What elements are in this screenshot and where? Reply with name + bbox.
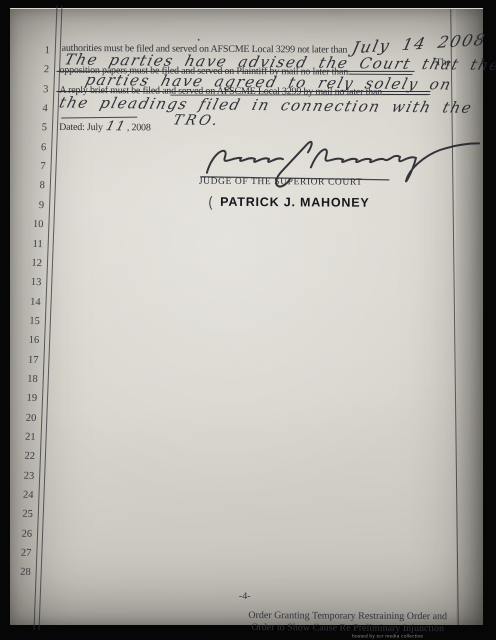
scan-speck: [198, 39, 200, 41]
stamp-artifact-mark: (: [209, 195, 214, 211]
judge-name-stamp: (PATRICK J. MAHONEY: [209, 195, 370, 210]
judge-title: JUDGE OF THE SUPERIOR COURT: [199, 177, 363, 188]
page-number: -4-: [8, 590, 481, 604]
handwritten-day: 11: [104, 119, 128, 134]
photo-frame: 1234567891011121314151617181920212223242…: [0, 0, 496, 640]
document-page: 1234567891011121314151617181920212223242…: [10, 8, 483, 625]
footer-title-line-1: Order Granting Temporary Restraining Ord…: [230, 610, 465, 623]
dated-prefix: Dated: July: [59, 122, 103, 133]
stamp-name: PATRICK J. MAHONEY: [220, 195, 369, 210]
footer-title-line-2: Order to Show Cause Re Preliminary Injun…: [230, 621, 465, 634]
watermark-caption: hosted by scr media collective: [352, 634, 448, 639]
footer-title: Order Granting Temporary Restraining Ord…: [230, 610, 465, 634]
handwritten-note-4: TRO.: [171, 112, 222, 129]
document-content: authorities must be filed and served on …: [8, 8, 485, 627]
dated-suffix: , 2008: [127, 122, 151, 133]
dated-line: Dated: July 11, 2008: [59, 119, 151, 135]
handwritten-filled-date: July 14 2008: [350, 30, 488, 57]
